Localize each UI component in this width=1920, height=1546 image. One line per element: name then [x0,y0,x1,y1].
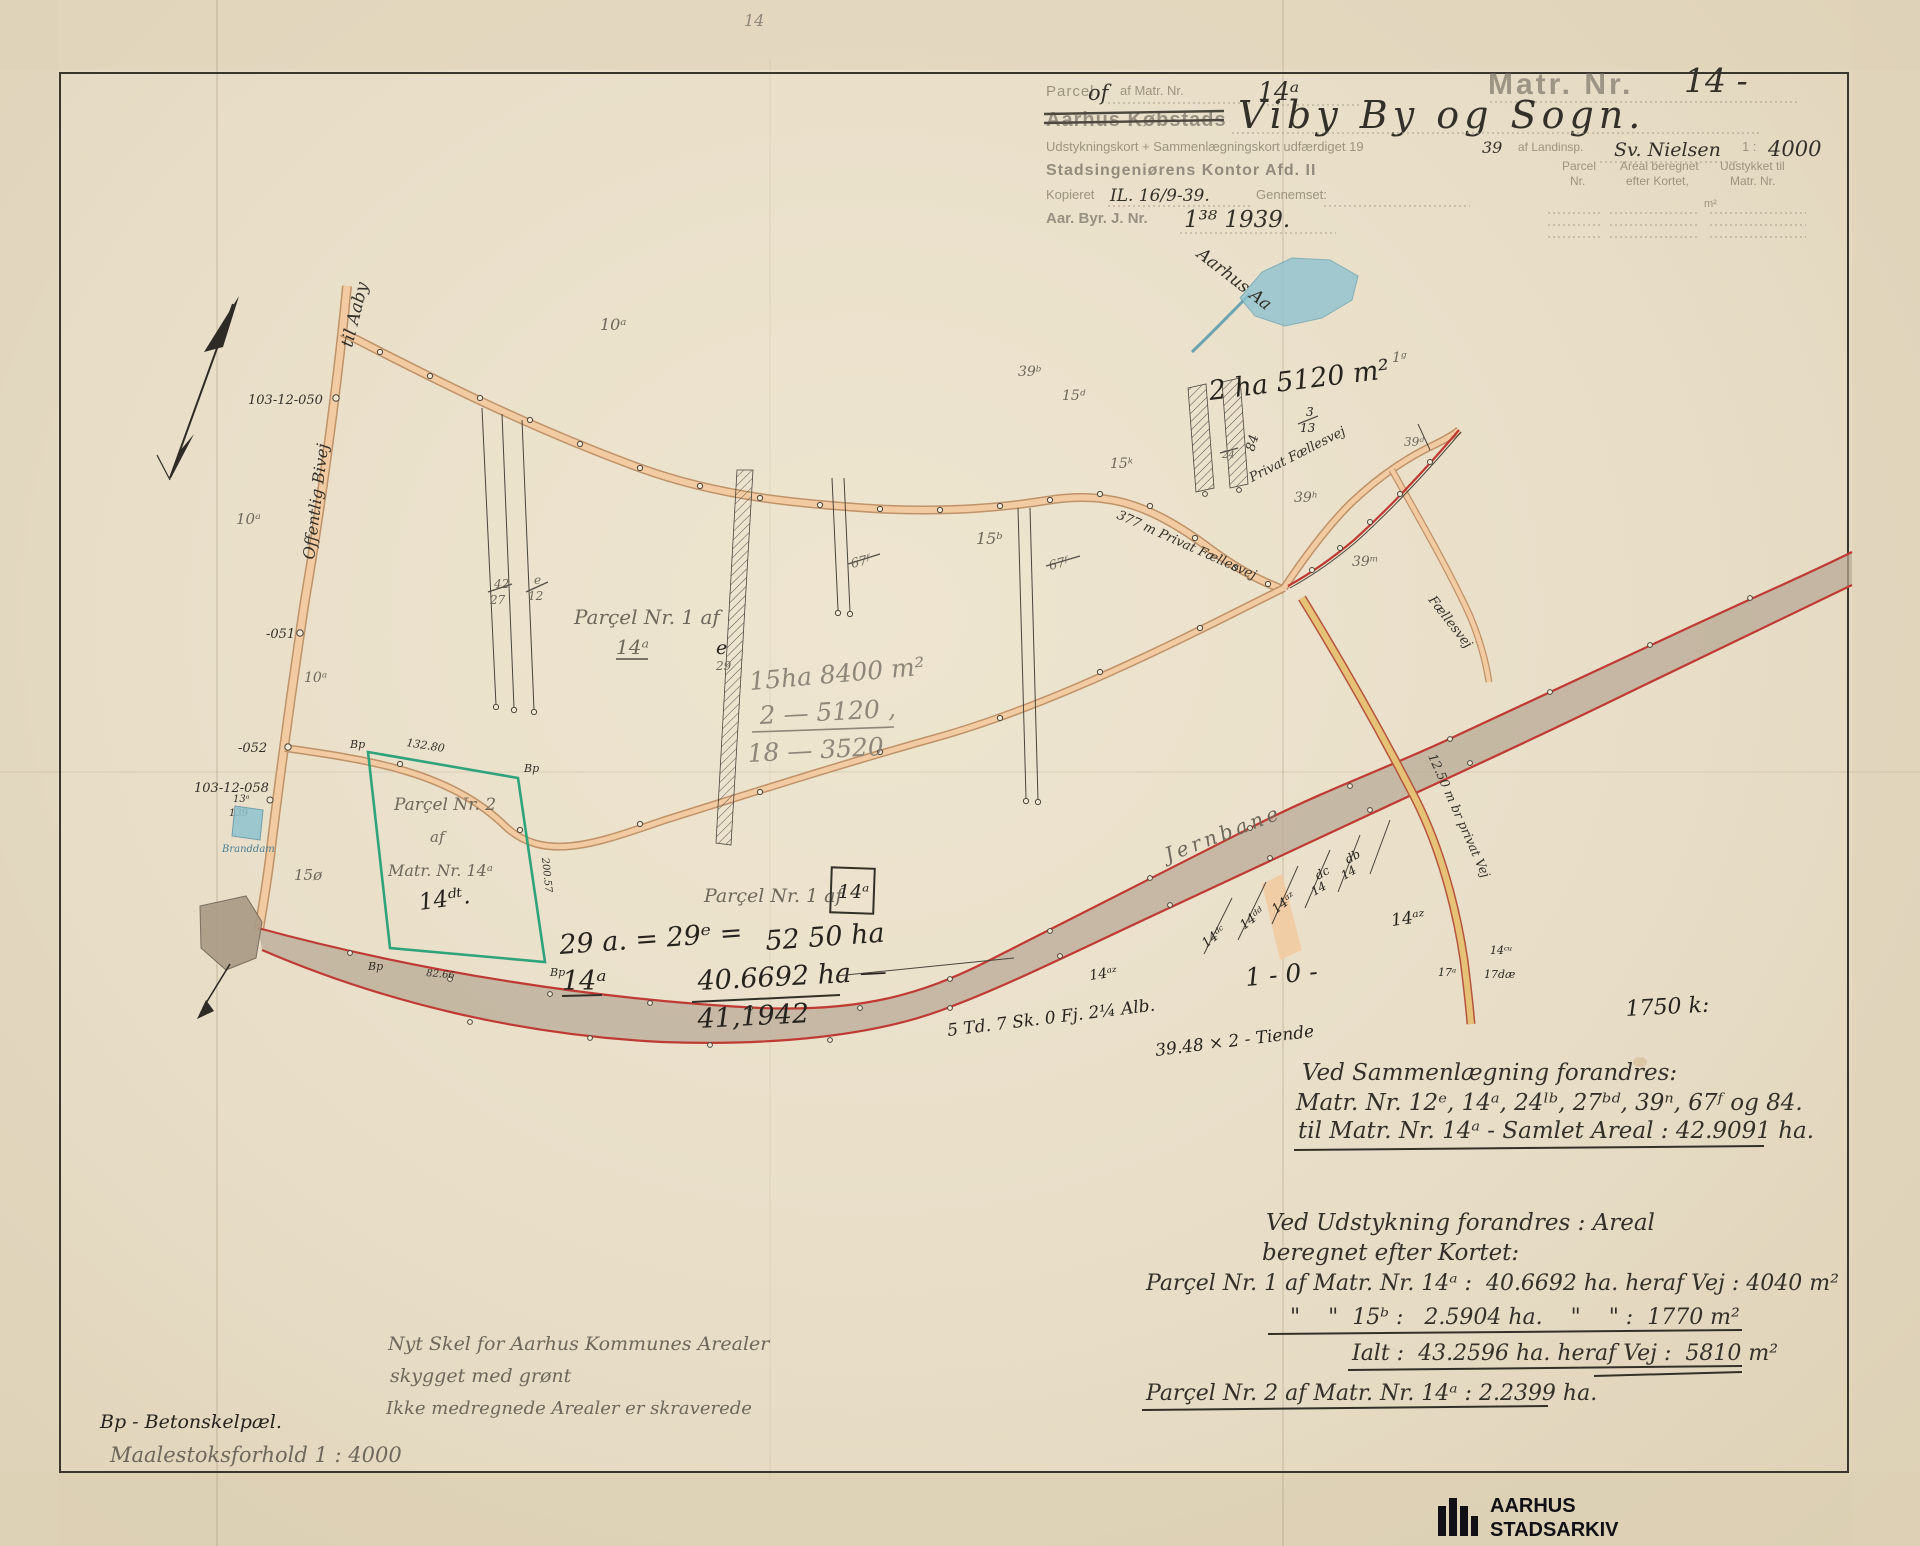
stone-052-label: -052 [238,741,267,756]
length-top: 132.80 [406,736,446,755]
legend-scale-note: Maalestoksforhold 1 : 4000 [109,1443,402,1467]
parcel-14az-big: 14ᵃᶻ [1390,906,1426,931]
bp-corner-1: Bp [349,738,365,751]
privat-faellesvej-label: Privat Fællesvej [1246,424,1348,486]
header-copied-printed: Kopieret [1046,187,1095,202]
sammen-line-3: til Matr. Nr. 14ᵃ - Samlet Areal : 42.90… [1298,1118,1814,1144]
header-journal-hand: 1³⁸ 1939. [1184,207,1290,233]
sammen-line-1: Ved Sammenlægning forandres: [1302,1060,1677,1086]
legend-note-2: skygget med grønt [390,1365,572,1387]
table-col3a: Udstykket til [1720,159,1785,173]
frac-db: db [1343,847,1363,867]
parcel-39m: 39ᵐ [1352,554,1378,570]
parcel-39d: 39ᵈ [1404,435,1424,449]
pencil-calc-2: 2 — 5120 , [758,694,897,730]
parcel-15d: 15ᵈ [1062,388,1086,404]
parcel-39b: 39ᵇ [1018,364,1041,380]
calc-406692: 40.6692 ha — [696,956,888,997]
parcel2-matr: Matr. Nr. 14ᵃ [387,861,493,880]
center-strips: 42 27 e 12 e 29 67ᶠ 67ᶠ 10ᵃ Parçel Nr. 1… [482,315,1080,845]
udstyk-line-6: Parçel Nr. 2 af Matr. Nr. 14ᵃ : 2.2399 h… [1145,1381,1597,1406]
boxed-parcel-title: Parçel Nr. 1 af [703,885,845,907]
calc-one-o: 1 - 0 - [1244,957,1319,992]
calc-1750k: 1750 k: [1625,993,1710,1022]
parcel-15k: 15ᵏ [1110,456,1133,472]
header-copied-hand: IL. 16/9-39. [1109,186,1210,206]
stone-058-label: 103-12-058 [194,781,269,796]
parcel-10a-top: 10ᵃ [600,315,626,334]
table-col1b: Nr. [1570,174,1585,188]
header-year-hand: 39 [1482,138,1502,157]
udstyk-line-4: " " 15ᵇ : 2.5904 ha. " " : 1770 m² [1290,1305,1740,1330]
frac-13: 13 [1300,421,1316,435]
offentlig-bivej-label: Offentlig Bivej [299,442,332,560]
table-col3b: Matr. Nr. [1730,174,1775,188]
tick-14dc: 14ᵈᶜ [1199,923,1229,951]
header-form-line: Udstykningskort + Sammenlægningskort udf… [1046,139,1364,154]
parcel-1g: 1ᵍ [1392,350,1408,366]
parcel1-title: Parçel Nr. 1 af [573,605,723,629]
udstyk-line-5: Ialt : 43.2596 ha. heraf Vej : 5810 m² [1351,1341,1778,1366]
cadastral-map-svg: 14 Parcel of af Matr. Nr. 14ᵃ Matr. Nr. … [0,0,1920,1546]
calc-411942: 41,1942 [696,998,810,1035]
boxed-parcel-no: 14ᵃ [838,881,869,903]
header-table: Parcel Nr. Areal beregnet efter Kortet, … [1548,159,1806,237]
udstykning-block: Ved Udstykning forandres : Areal beregne… [1142,1210,1839,1410]
parcel-13a: 13ᵃ [233,794,250,805]
frac-dc: dc [1313,863,1333,882]
parcel2-title: Parçel Nr. 2 [393,795,496,815]
pencil-calc-1: 15ha 8400 m² [748,652,926,696]
north-arrow [157,296,239,480]
parcel-14az-left: 14ᵃᶻ [1088,964,1118,984]
udstyk-line-1: Ved Udstykning forandres : Areal [1266,1210,1655,1236]
parcel-10a-left: 10ᵃ [236,510,261,528]
parcel-15b: 15ᵇ [976,529,1003,548]
frac-db-14: 14 [1339,863,1359,883]
header-parish: Viby By og Sogn. [1238,93,1645,137]
orange-crossing-strip [1262,874,1302,960]
map-sheet: 14 Parcel of af Matr. Nr. 14ᵃ Matr. Nr. … [0,0,1920,1546]
calc-29a: 29 a. = 29ᵉ = [557,917,743,961]
stone-051-label: -051 [266,627,295,642]
railway-band: Jernbane [258,552,1852,1043]
strip-e-label: e [716,637,727,659]
legend-note-1: Nyt Skel for Aarhus Kommunes Arealer [387,1333,771,1355]
udstyk-line-3: Parçel Nr. 1 af Matr. Nr. 14ᵃ : 40.6692 … [1145,1271,1839,1296]
table-col2a: Areal beregnet [1620,159,1699,173]
legend-note-3: Ikke medregnede Arealer er skraverede [385,1398,752,1419]
legend-block: Nyt Skel for Aarhus Kommunes Arealer sky… [99,1333,771,1467]
length-right: 200.57 [539,856,554,894]
logo-line-2: STADSARKIV [1490,1519,1619,1541]
header-matr-printed: af Matr. Nr. [1120,83,1184,98]
table-col2b: efter Kortet, [1626,174,1689,188]
header-reviewed-printed: Gennemset: [1256,187,1327,202]
tick-14dd: 14ᵈᵈ [1237,904,1268,933]
header-block: Parcel of af Matr. Nr. 14ᵃ Matr. Nr. 14 … [1044,61,1821,237]
struck-27: 27 [489,593,506,607]
udstyk-line-2: beregnet efter Kortet: [1262,1240,1519,1266]
parcel2-af: af [430,828,447,846]
boundary-stones [267,349,1752,1047]
strip-29-label: 29 [715,659,732,673]
parcel2-green: Bp Bp Bp Bp 132.80 200.57 82.66 Parçel N… [349,736,565,981]
header-journal-printed: Aar. Byr. J. Nr. [1046,210,1148,227]
vej-377-label: 377 m Privat Fællesvej [1114,508,1258,583]
sammenlaegning-block: Ved Sammenlægning forandres: Matr. Nr. 1… [1294,1060,1814,1150]
stone-050-label: 103-12-050 [248,393,323,408]
header-surveyor-printed: af Landinsp. [1518,140,1583,154]
header-parcel-hand: of [1088,81,1112,105]
tiende-line-2: 39.48 × 2 - Tiende [1154,1022,1315,1061]
small-arrow-icon [197,1000,214,1019]
parcel-14cu: 14ᶜᵘ [1490,944,1512,957]
header-scale-hand: 4000 [1767,137,1821,161]
header-surveyor-hand: Sv. Nielsen [1614,139,1721,161]
parcel-17dae: 17dæ [1484,968,1515,981]
frac-dc-14: 14 [1309,879,1329,899]
branddam-pond [232,806,263,840]
header-office-stamp: Stadsingeniørens Kontor Afd. II [1046,162,1316,179]
header-scale-printed: 1 : [1742,139,1756,154]
legend-bp-definition: Bp - Betonskelpæl. [99,1411,282,1433]
parcel2-new-no: 14ᵈᵗ. [417,883,472,916]
parcel-10a-mid: 10ᵃ [304,670,327,686]
tiende-line-1: 5 Td. 7 Sk. 0 Fj. 2¼ Alb. [946,996,1156,1041]
header-stamp-matr-no: 14 - [1684,61,1748,100]
parcel-84: 84 [1243,433,1262,453]
sammen-line-2: Matr. Nr. 12ᵉ, 14ᵃ, 24ˡᵇ, 27ᵇᵈ, 39ⁿ, 67ᶠ… [1295,1090,1803,1116]
bp-corner-4: Bp [367,960,383,973]
bp-corner-2: Bp [523,762,539,775]
area-2ha-label: 2 ha 5120 m² [1206,354,1391,407]
branddam-label: Branddam [221,844,275,855]
calc-14a: 14ᵃ [562,966,607,997]
faellesvej-label: Fællesvej [1424,592,1475,651]
calc-5250: 52 50 ha [764,918,885,957]
parcel-39h: 39ʰ [1294,490,1318,506]
parcel1-no: 14ᵃ [616,635,649,659]
frac-3: 3 [1306,405,1314,419]
logo-line-1: AARHUS [1490,1495,1576,1517]
pencil-note: 14 [744,11,764,30]
parcel-17a: 17ᵃ [1438,966,1456,979]
left-road-labels: til Aaby Offentlig Bivej 103-12-050 -051… [194,280,373,884]
table-col1a: Parcel [1562,159,1596,173]
northeast-cluster: Aarhus Aa 84 24 2 ha 5120 m² 3 13 1ᵍ 39ᵇ… [976,243,1475,651]
gravel-area [197,896,262,1019]
table-unit: m² [1704,198,1717,210]
parcel-15o: 15ø [294,866,323,884]
struck-12: 12 [528,589,543,603]
